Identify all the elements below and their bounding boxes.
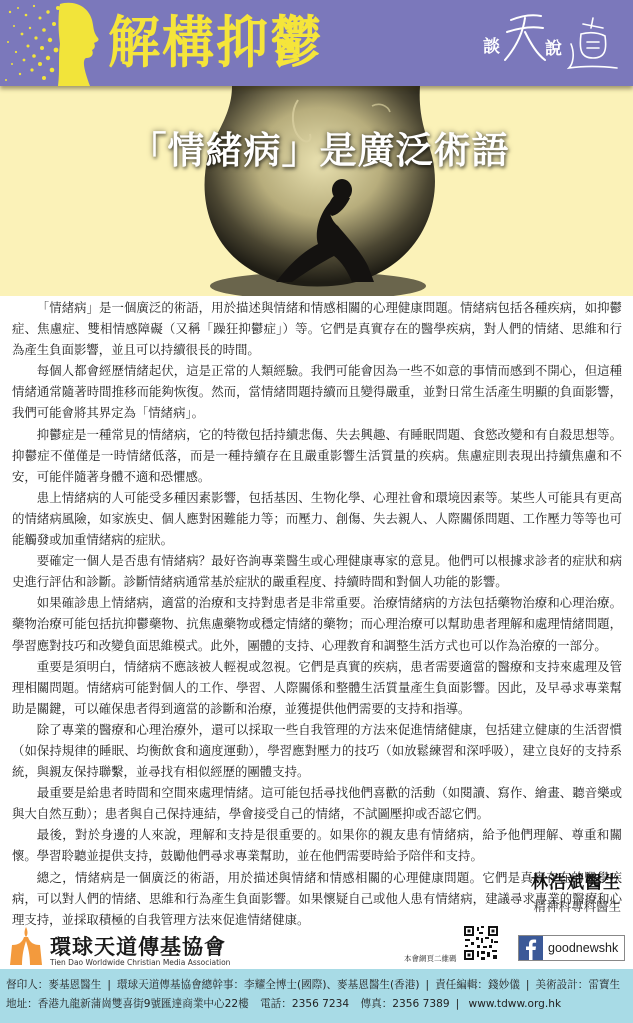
article-paragraph: 最後，對於身邊的人來說，理解和支持是很重要的。如果你的親友患有情緒病，給予他們理… <box>12 824 622 866</box>
article-paragraph: 患上情緒病的人可能受多種因素影響，包括基因、生物化學、心理社會和環境因素等。某些… <box>12 487 622 550</box>
separator: | <box>526 979 530 991</box>
website-link[interactable]: www.tdww.org.hk <box>469 998 562 1010</box>
organization-name-en: Tien Dao Worldwide Christian Media Assoc… <box>50 958 230 967</box>
art-design-credit: 美術設計：雷寶生 <box>535 979 620 991</box>
article-body: 「情緒病」是一個廣泛的術語，用於描述與情緒和情感相關的心理健康問題。情緒病包括各… <box>12 297 622 930</box>
author-title: 精神科專科醫生 <box>531 897 621 915</box>
hero-illustration: 「情緒病」是廣泛術語 <box>0 86 633 296</box>
calligraphy-tian-icon <box>501 10 547 66</box>
article-paragraph: 如果確診患上情緒病，適當的治療和支持對患者是非常重要。治療情緒病的方法包括藥物治… <box>12 592 622 655</box>
column-header-banner: 解構抑鬱 談 說 <box>0 0 633 86</box>
separator: | <box>107 979 111 991</box>
person-in-jar-illustration <box>0 86 633 296</box>
tien-dao-logo-icon <box>8 925 44 965</box>
article-paragraph: 每個人都會經歷情緒起伏，這是正常的人類經驗。我們可能會因為一些不如意的事情而感到… <box>12 360 622 423</box>
article-paragraph: 重要是須明白，情緒病不應該被人輕視或忽視。它們是真實的疾病，患者需要適當的醫療和… <box>12 656 622 719</box>
facebook-icon <box>519 936 543 960</box>
dissolving-head-silhouette-icon <box>0 0 110 86</box>
article-paragraph: 「情緒病」是一個廣泛的術語，用於描述與情緒和情感相關的心理健康問題。情緒病包括各… <box>12 297 622 360</box>
address: 地址：香港九龍新蒲崗雙喜街9號匯達商業中心22樓 <box>6 998 249 1010</box>
facebook-handle: goodnewshk <box>548 941 618 955</box>
article-headline: 「情緒病」是廣泛術語 <box>0 120 633 174</box>
series-logo-tan-tian-shuo-dao: 談 說 <box>479 10 619 76</box>
qr-code-label: 本會網頁二維碼 <box>404 953 457 964</box>
fax-number: 傳真：2356 7389 <box>361 998 450 1010</box>
publication-credits-footer: 督印人：麥基恩醫生|環球天道傳基協會總幹事：李耀全博士(國際)、麥基恩醫生(香港… <box>0 969 633 1023</box>
article-paragraph: 要確定一個人是否患有情緒病？最好咨詢專業醫生或心理健康專家的意見。他們可以根據求… <box>12 550 622 592</box>
phone-number: 電話：2356 7234 <box>260 998 349 1010</box>
article-paragraph: 除了專業的醫療和心理治療外，還可以採取一些自我管理的方法來促進情緒健康，包括建立… <box>12 719 622 782</box>
organization-name-zh: 環球天道傳基協會 <box>50 931 226 961</box>
separator: | <box>425 979 429 991</box>
column-title: 解構抑鬱 <box>108 6 324 82</box>
facebook-page-link[interactable]: goodnewshk <box>518 935 625 961</box>
article-paragraph: 最重要是給患者時間和空間來處理情緒。這可能包括尋找他們喜歡的活動（如閱讀、寫作、… <box>12 782 622 824</box>
author-name: 林浩斌醫生 <box>531 868 621 893</box>
author-byline: 林浩斌醫生 精神科專科醫生 <box>531 868 621 915</box>
organization-brand: 環球天道傳基協會 Tien Dao Worldwide Christian Me… <box>8 925 268 969</box>
series-logo-char: 談 <box>483 32 500 57</box>
qr-code-icon[interactable] <box>463 925 499 961</box>
credits-line: 督印人：麥基恩醫生|環球天道傳基協會總幹事：李耀全博士(國際)、麥基恩醫生(香港… <box>6 976 627 995</box>
general-secretary-credit: 環球天道傳基協會總幹事：李耀全博士(國際)、麥基恩醫生(香港) <box>117 979 420 991</box>
series-logo-char: 說 <box>545 34 562 59</box>
editor-credit: 責任編輯：錢妙儀 <box>435 979 520 991</box>
article-paragraph: 抑鬱症是一種常見的情緒病，它的特徵包括持續悲傷、失去興趣、有睡眠問題、食慾改變和… <box>12 424 622 487</box>
separator: | <box>456 998 460 1010</box>
contact-line: 地址：香港九龍新蒲崗雙喜街9號匯達商業中心22樓 電話：2356 7234 傳真… <box>6 995 627 1014</box>
calligraphy-dao-icon <box>567 14 619 76</box>
publisher-credit: 督印人：麥基恩醫生 <box>6 979 101 991</box>
